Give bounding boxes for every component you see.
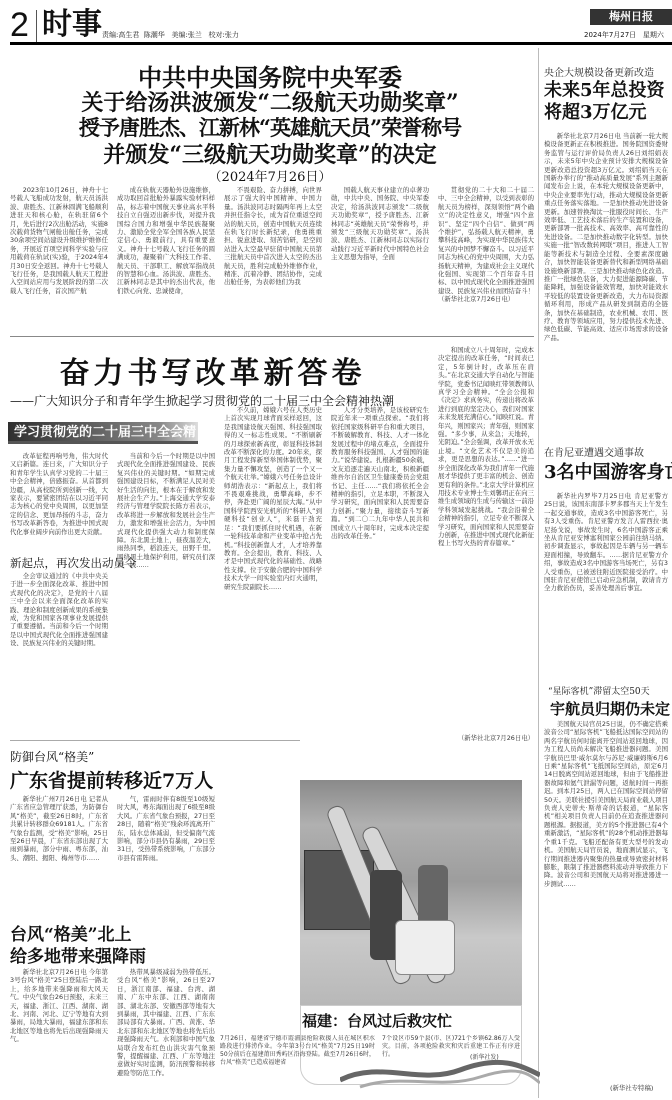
lead-headline-line-4: 并颁发“三级航天功勋奖章”的决定 — [0, 138, 540, 169]
logo-text: 梅州日报 — [609, 10, 653, 23]
typhoon-headline: 广东省提前转移近7万人 — [10, 766, 213, 793]
typhoon-north-column-1: 新华社北京7月26日电 今年第3号台风“格美”25日登陆后一路北上，给多地带来强… — [10, 968, 108, 1093]
reform-column-2: 当前和今后一个时期是以中国式现代化全面推进强国建设、民族复兴伟业的关键时期。“如… — [117, 452, 215, 730]
issue-date: 2024年7月27日 星期六 — [584, 30, 664, 40]
typhoon-column-1: 新华社广州7月26日电 记者从广东省应急管理厅获悉，为防御台风“格美”，截至26… — [10, 795, 108, 915]
story2-headline: 3名中国游客身亡 — [544, 462, 672, 484]
typhoon-north-headline-2: 给多地带来强降雨 — [10, 942, 146, 967]
rescue-photo — [300, 780, 522, 1005]
section-title: 时事 — [42, 8, 102, 42]
lead-column-4: 国载人航天事业建立的卓著功勋，中共中央、国务院、中央军委决定，给汤洪波同志颁发“… — [331, 186, 429, 328]
story3-body: 美国航天局官员25日说，仍不确定搭乘波音公司“星际客机”飞船抵达国际空间站的两名… — [544, 720, 668, 1080]
typhoon-north-column-2: 热带风暴级减弱为热带低压。受台风“格美”影响，26日至27日，浙江南部、福建、台… — [117, 968, 215, 1093]
masthead-divider — [36, 10, 37, 42]
reform-column-1b: 全会审议通过的《中共中央关于进一步全面深化改革、推进中国式现代化的决定》，是党的… — [10, 572, 108, 730]
newspaper-logo: 梅州日报 — [590, 9, 672, 25]
photo-headline: 福建：台风过后救灾忙 — [302, 1010, 452, 1031]
lead-column-5: 贯彻党的二十大和二十届二中、三中全会精神，以受到表彰的航天员为榜样，深刻领悟“两… — [438, 186, 534, 328]
section-banner: 学习贯彻党的二十届三中全会精神 — [8, 422, 198, 444]
story1-body: 新华社北京7月26日电 当前新一轮大规模设备更新正在积极推进。国务院国资委财务监… — [544, 132, 668, 422]
lead-column-2: 成在轨航天器舱外设施维修，成功取回首批舱外暴露实验材料样品，标志着中国航天事业高… — [117, 186, 215, 328]
lead-column-3: 不畏艰险、奋力拼搏，向世界展示了强大的中国精神、中国力量。汤洪波同志时隔两年再上… — [224, 186, 322, 328]
typhoon-kicker: 防御台风“格美” — [10, 748, 94, 765]
reform-column-4: 人才分类培养，是该校研究生院近年来一项重点探索。“我们将依托国家级科研平台和重大… — [331, 406, 429, 666]
worker-figure — [395, 920, 455, 975]
story1-headline-1: 未来5年总投资 — [544, 80, 665, 102]
reform-headline: 奋力书写改革新答卷 — [0, 348, 425, 392]
lead-column-1: 2023年10月26日，神舟十七号载人飞船成功发射，航天员汤洪波、唐胜杰、江新林… — [10, 186, 108, 328]
reform-column-3: 不久前，嫦娥六号在人类历史上首次实现月球背面采样返回，这是我国建设航天强国、科技… — [224, 406, 322, 730]
story1-kicker: 央企大规模设备更新改造 — [544, 64, 654, 79]
lower-divider — [10, 740, 300, 741]
section-divider — [10, 336, 534, 337]
right-column-rule — [538, 48, 539, 1098]
story3-headline: 宇航员归期仍未定 — [550, 698, 670, 719]
editor-credits: 责编:高生君 陈潮华 美编:张兰 校对:张力 — [102, 30, 239, 40]
story1-headline-2: 将超3万亿元 — [544, 102, 647, 124]
lead-dateline: （2024年7月26日） — [0, 166, 540, 185]
reform-intro: 改革征程再响号角，伟大时代又启新篇。连日来，广大知识分子和青年学生认真学习党的二… — [10, 452, 108, 552]
decorative-wave — [340, 1055, 540, 1090]
story2-body: 新华社内罗毕7月25日电 肯尼亚警方25日说，该国东南部卡罗多郡当天上午发生一起… — [544, 492, 668, 662]
page-number: 2 — [10, 8, 29, 42]
worker-figure — [418, 865, 448, 925]
masthead-rule — [10, 42, 672, 45]
story2-kicker: 在肯尼亚遭遇交通事故 — [544, 444, 644, 459]
typhoon-column-2: 气，雷雨时伴有8级至10级短时大风，粤东海面出现了6级至8级大风。广东省气象台预… — [117, 795, 215, 915]
story3-kicker: “星际客机”滞留太空50天 — [548, 684, 650, 697]
story3-credit: (新华社专特稿) — [610, 1083, 653, 1092]
reform-credit: （新华社北京7月26日电） — [438, 733, 534, 742]
reform-column-5: 和国成立八十周年时，完成本决定提出的改革任务，“时间表已定，5年倒计时，改革压在… — [438, 346, 534, 731]
